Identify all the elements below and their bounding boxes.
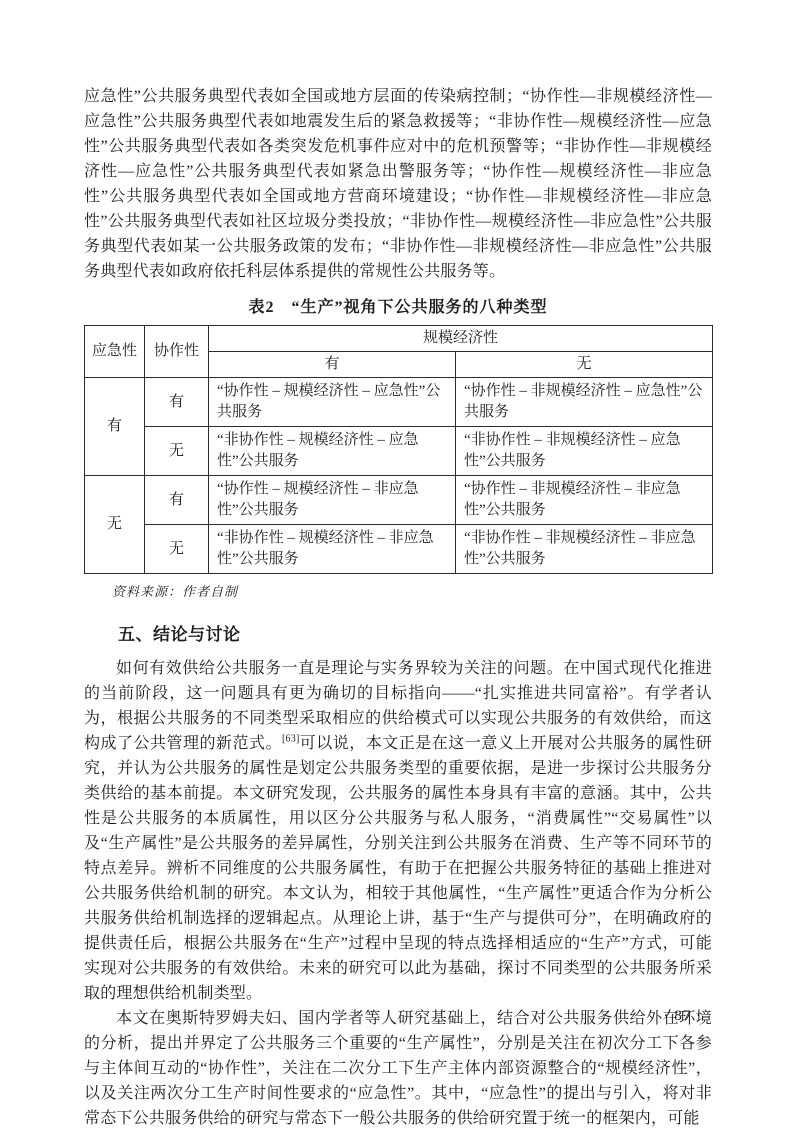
cell-service-type: “非协作性 – 规模经济性 – 应急性”公共服务 — [209, 427, 456, 476]
document-page: 应急性”公共服务典型代表如全国或地方层面的传染病控制；“协作性—非规模经济性—应… — [0, 0, 794, 1077]
cell-emergency-no: 无 — [85, 476, 145, 574]
cell-service-type: “非协作性 – 非规模经济性 – 非应急性”公共服务 — [456, 525, 713, 574]
conclusion-paragraph-2: 本文在奥斯特罗姆夫妇、国内学者等人研究基础上，结合对公共服务供给外在环境的分析，… — [84, 1006, 712, 1131]
cell-cooperation: 无 — [145, 525, 209, 574]
page-number: · 87 · — [664, 1008, 703, 1025]
header-emergency: 应急性 — [85, 326, 145, 378]
table-body: 应急性 协作性 规模经济性 有 无 有 有 “协作性 – 规模经济性 – 应急性… — [85, 326, 713, 574]
table-row: 无 “非协作性 – 规模经济性 – 非应急性”公共服务 “非协作性 – 非规模经… — [85, 525, 713, 574]
table-row: 有 有 “协作性 – 规模经济性 – 应急性”公共服务 “协作性 – 非规模经济… — [85, 378, 713, 427]
cell-service-type: “非协作性 – 非规模经济性 – 应急性”公共服务 — [456, 427, 713, 476]
public-service-types-table: 应急性 协作性 规模经济性 有 无 有 有 “协作性 – 规模经济性 – 应急性… — [84, 325, 713, 574]
footnote-reference-63: [63] — [282, 734, 299, 745]
cell-cooperation: 有 — [145, 476, 209, 525]
header-scale-no: 无 — [456, 352, 713, 378]
table-row: 无 有 “协作性 – 规模经济性 – 非应急性”公共服务 “协作性 – 非规模经… — [85, 476, 713, 525]
paragraph-1-text-after-footnote: 可以说，本文正是在这一意义上开展对公共服务的属性研究，并认为公共服务的属性是划定… — [84, 735, 712, 1002]
cell-cooperation: 无 — [145, 427, 209, 476]
cell-service-type: “非协作性 – 规模经济性 – 非应急性”公共服务 — [209, 525, 456, 574]
table-source-note: 资料来源：作者自制 — [112, 581, 712, 600]
section-heading: 五、结论与讨论 — [84, 620, 712, 645]
cell-service-type: “协作性 – 规模经济性 – 非应急性”公共服务 — [209, 476, 456, 525]
conclusion-paragraph-1: 如何有效供给公共服务一直是理论与实务界较为关注的问题。在中国式现代化推进的当前阶… — [84, 656, 712, 1006]
header-cooperation: 协作性 — [145, 326, 209, 378]
cell-service-type: “协作性 – 规模经济性 – 应急性”公共服务 — [209, 378, 456, 427]
table-title: 表2 “生产”视角下公共服务的八种类型 — [84, 294, 712, 317]
cell-service-type: “协作性 – 非规模经济性 – 应急性”公共服务 — [456, 378, 713, 427]
cell-emergency-yes: 有 — [85, 378, 145, 476]
table-header-row-1: 应急性 协作性 规模经济性 — [85, 326, 713, 352]
continuation-paragraph: 应急性”公共服务典型代表如全国或地方层面的传染病控制；“协作性—非规模经济性—应… — [84, 84, 712, 284]
header-scale-yes: 有 — [209, 352, 456, 378]
cell-service-type: “协作性 – 非规模经济性 – 非应急性”公共服务 — [456, 476, 713, 525]
cell-cooperation: 有 — [145, 378, 209, 427]
header-scale: 规模经济性 — [209, 326, 713, 352]
table-row: 无 “非协作性 – 规模经济性 – 应急性”公共服务 “非协作性 – 非规模经济… — [85, 427, 713, 476]
